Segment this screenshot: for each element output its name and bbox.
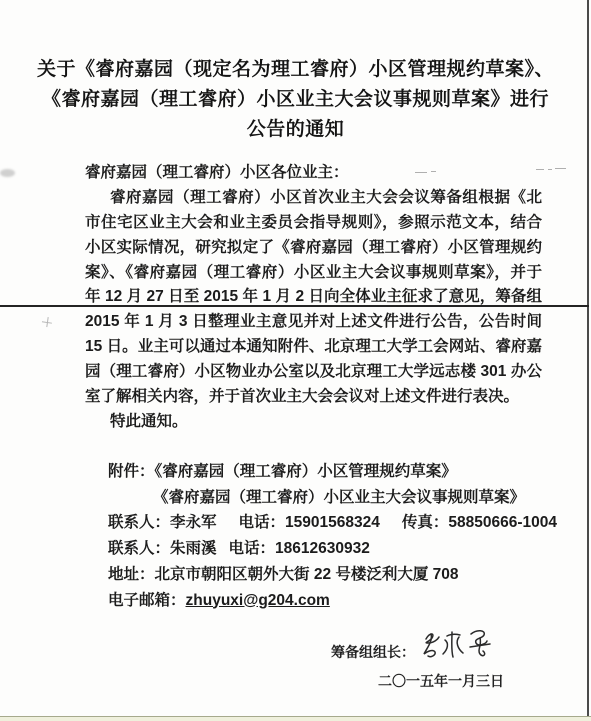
body-line: 室了解相关内容，并于首次业主大会会议对上述文件进行表决。 [85,385,542,410]
salutation: 睿府嘉园（理工睿府）小区各位业主： [85,161,542,186]
scan-bottom-edge-strip [0,716,591,721]
notice-body: 睿府嘉园（理工睿府）小区各位业主： 睿府嘉园（理工睿府）小区首次业主大会会议筹备… [85,161,542,435]
notice-title: 关于《睿府嘉园（现定名为理工睿府）小区管理规约草案》、 《睿府嘉园（理工睿府）小… [0,55,591,145]
phone-label: 电话： [229,540,276,557]
email-link[interactable]: zhuyuxi@g204.com [186,592,330,609]
email-label: 电子邮箱： [108,592,186,609]
scan-artifact [41,316,52,327]
handwritten-signature [419,626,495,666]
fax-number: 58850666-1004 [448,514,557,531]
contact-label: 联系人： [108,514,170,531]
body-line: 15 日。业主可以通过本通知附件、北京理工大学工会网站、睿府嘉 [85,335,542,360]
body-line: 睿府嘉园（理工睿府）小区首次业主大会会议筹备组根据《北京 [85,186,542,211]
email-row: 电子邮箱：zhuyuxi@g204.com [108,588,548,614]
attachments-contacts: 附件：《睿府嘉园（理工睿府）小区管理规约草案》 《睿府嘉园（理工睿府）小区业主大… [108,459,548,613]
body-line: 市住宅区业主大会和业主委员会指导规则》，参照示范文本，结合本 [85,211,542,236]
phone-number: 18612630932 [275,540,370,557]
attachment-line-1: 附件：《睿府嘉园（理工睿府）小区管理规约草案》 [108,459,548,485]
closing-line: 特此通知。 [85,410,542,435]
scan-artifact [548,169,552,170]
title-line-3: 公告的通知 [0,115,591,145]
body-line: 园（理工睿府）小区物业办公室以及北京理工大学远志楼 301 办公 [85,360,542,385]
scanned-notice-page: 关于《睿府嘉园（现定名为理工睿府）小区管理规约草案》、 《睿府嘉园（理工睿府）小… [0,0,591,721]
address-label: 地址： [108,566,155,583]
address-value: 北京市朝阳区朝外大街 22 号楼泛利大厦 708 [155,566,459,583]
phone-number: 15901568324 [285,514,380,531]
signature-role-label: 筹备组组长： [331,642,415,662]
attachment-item-2: 《睿府嘉园（理工睿府）小区业主大会议事规则草案》 [108,485,548,511]
scan-artifact [555,168,566,169]
signature-date: 二〇一五年一月三日 [378,671,504,691]
body-line: 小区实际情况，研究拟定了《睿府嘉园（理工睿府）小区管理规约草 [85,236,542,261]
phone-label: 电话： [239,514,286,531]
contact-name: 朱雨溪 [170,540,217,557]
body-line: 年 12 月 27 日至 2015 年 1 月 2 日向全体业主征求了意见，筹备… [85,285,542,310]
body-line: 2015 年 1 月 3 日整理业主意见并对上述文件进行公告，公告时间为 [85,310,542,335]
fax-label: 传真： [402,514,449,531]
scan-artifact [0,169,15,177]
title-line-1: 关于《睿府嘉园（现定名为理工睿府）小区管理规约草案》、 [0,55,591,85]
contact-name: 李永军 [170,514,217,531]
attachment-item-1: 《睿府嘉园（理工睿府）小区管理规约草案》 [155,463,457,480]
contact-row-2: 联系人：朱雨溪电话：18612630932 [108,536,548,562]
contact-label: 联系人： [108,540,170,557]
attachments-label: 附件： [108,463,155,480]
contact-row-1: 联系人：李永军电话：15901568324传真：58850666-1004 [108,510,548,536]
address-row: 地址：北京市朝阳区朝外大街 22 号楼泛利大厦 708 [108,562,548,588]
title-line-2: 《睿府嘉园（理工睿府）小区业主大会议事规则草案》进行 [0,85,591,115]
body-line: 案》、《睿府嘉园（理工睿府）小区业主大会议事规则草案》，并于 2014 [85,261,542,286]
